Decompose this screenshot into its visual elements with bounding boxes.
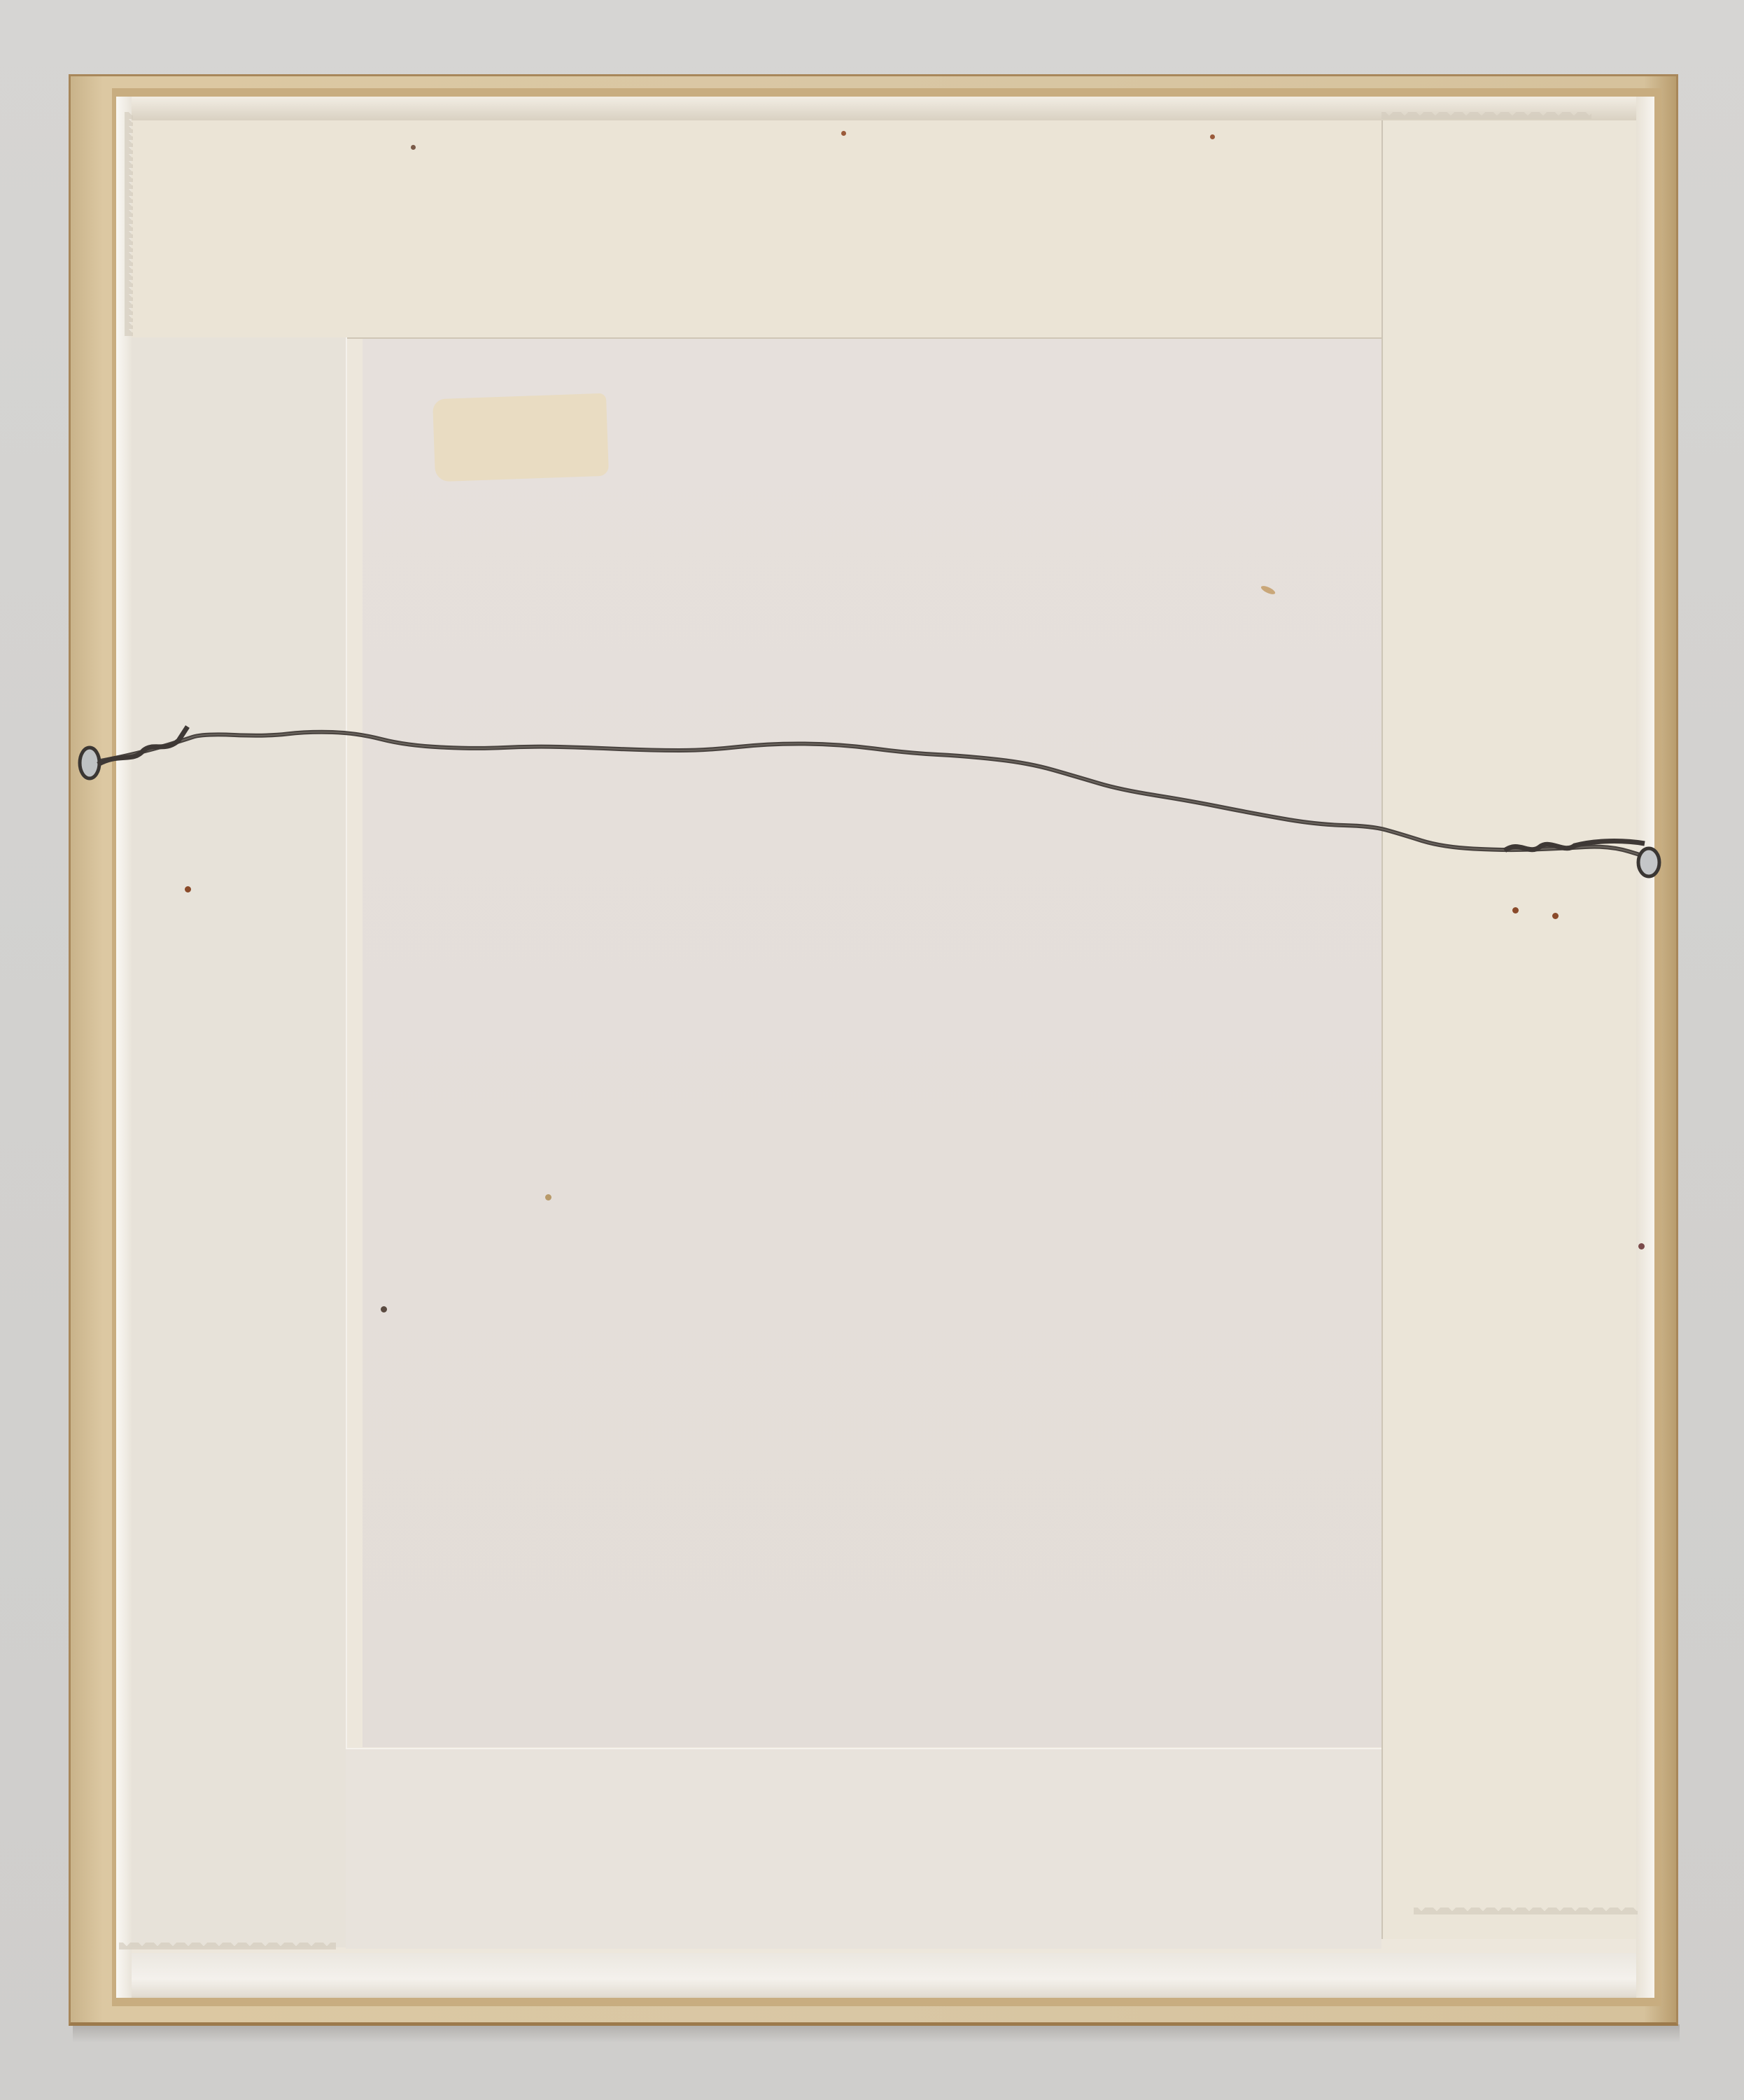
hanging-wire	[0, 0, 1744, 2100]
left-eye-screw-icon	[80, 748, 99, 778]
right-eye-screw-icon	[1638, 848, 1659, 876]
wire-twist-left	[98, 727, 188, 764]
